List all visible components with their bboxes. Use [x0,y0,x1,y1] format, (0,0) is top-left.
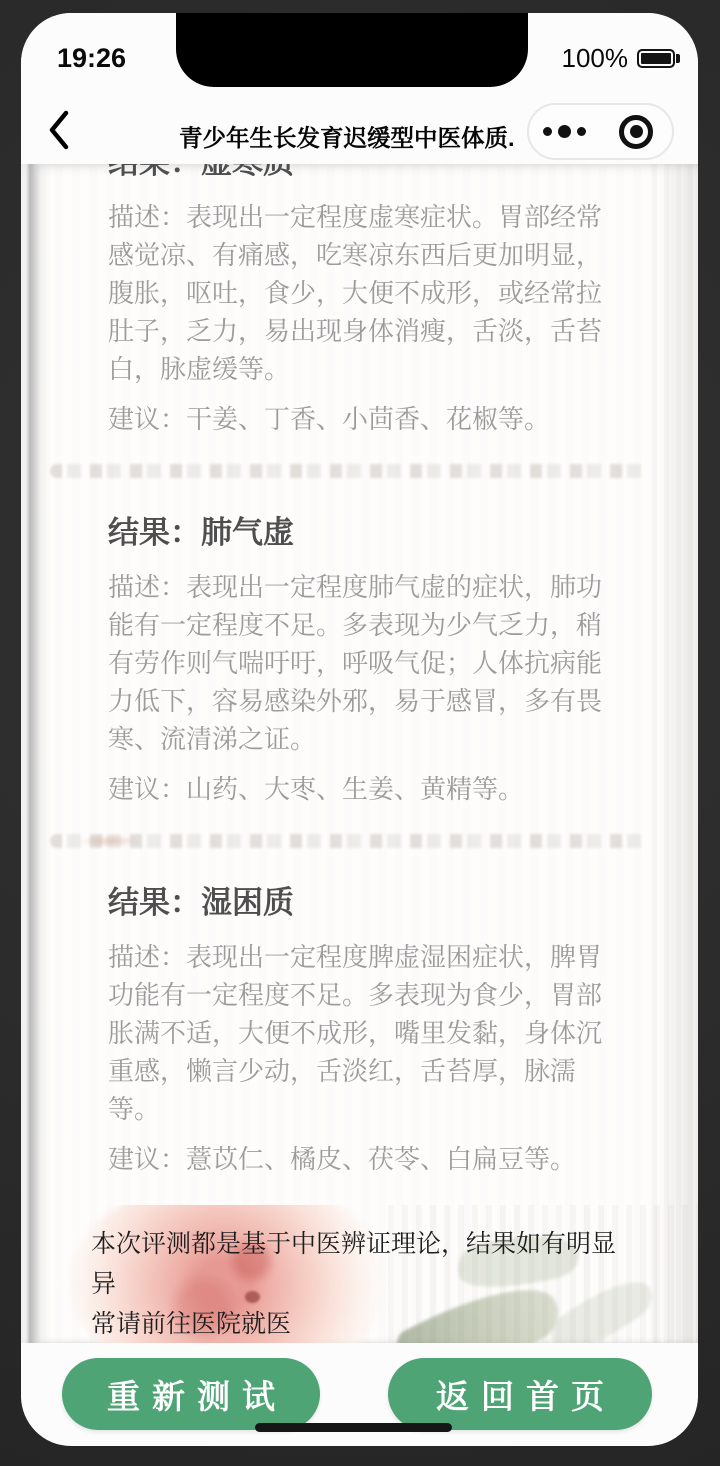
capsule-target-icon [619,115,653,149]
result-description: 描述：表现出一定程度虚寒症状。胃部经常 感觉凉、有痛感，吃寒凉东西后更加明显， … [108,198,638,388]
close-minimize-button[interactable] [601,105,673,158]
battery-icon [637,49,675,68]
more-button[interactable] [529,105,601,158]
return-home-button[interactable]: 返回首页 [388,1358,652,1430]
status-right-group: 100% [562,43,676,74]
result-heading: 结果：湿困质 [108,886,698,920]
result-advice: 建议：干姜、丁香、小茴香、花椒等。 [108,400,638,438]
more-dots-icon [543,127,552,136]
page-title: 青少年生长发育迟缓型中医体质... [179,119,513,153]
notch [176,13,528,87]
result-description: 描述：表现出一定程度脾虚湿困症状，脾胃 功能有一定程度不足。多表现为食少，胃部 … [108,938,638,1128]
more-dots-icon [577,127,586,136]
back-button[interactable] [35,107,83,155]
results-list: 结果：虚寒质 描述：表现出一定程度虚寒症状。胃部经常 感觉凉、有痛感，吃寒凉东西… [21,146,698,1344]
screen: 19:26 100% 青少年生长发育迟缓型中医体质... [21,13,698,1446]
phone-frame: 19:26 100% 青少年生长发育迟缓型中医体质... [0,0,720,1466]
status-time: 19:26 [57,43,126,74]
retest-button[interactable]: 重新测试 [62,1358,320,1430]
result-heading: 结果：肺气虚 [108,516,698,550]
disclaimer-note: 本次评测都是基于中医辨证理论，结果如有明显异 常请前往医院就医 [91,1224,639,1344]
battery-nub [676,54,680,63]
miniprogram-capsule [527,103,674,160]
result-description: 描述：表现出一定程度肺气虚的症状，肺功 能有一定程度不足。多表现为少气乏力，稍 … [108,568,638,758]
result-advice: 建议：山药、大枣、生姜、黄精等。 [108,770,638,808]
back-chevron-icon [44,108,74,155]
battery-percent: 100% [562,43,629,74]
more-dots-icon [558,125,571,138]
section-divider [50,834,650,848]
home-indicator[interactable] [255,1423,452,1432]
battery-body [637,49,675,68]
result-page-scroll-area[interactable]: 结果：虚寒质 描述：表现出一定程度虚寒症状。胃部经常 感觉凉、有痛感，吃寒凉东西… [21,164,698,1343]
result-advice: 建议：薏苡仁、橘皮、茯苓、白扁豆等。 [108,1140,638,1178]
section-divider [50,464,650,478]
